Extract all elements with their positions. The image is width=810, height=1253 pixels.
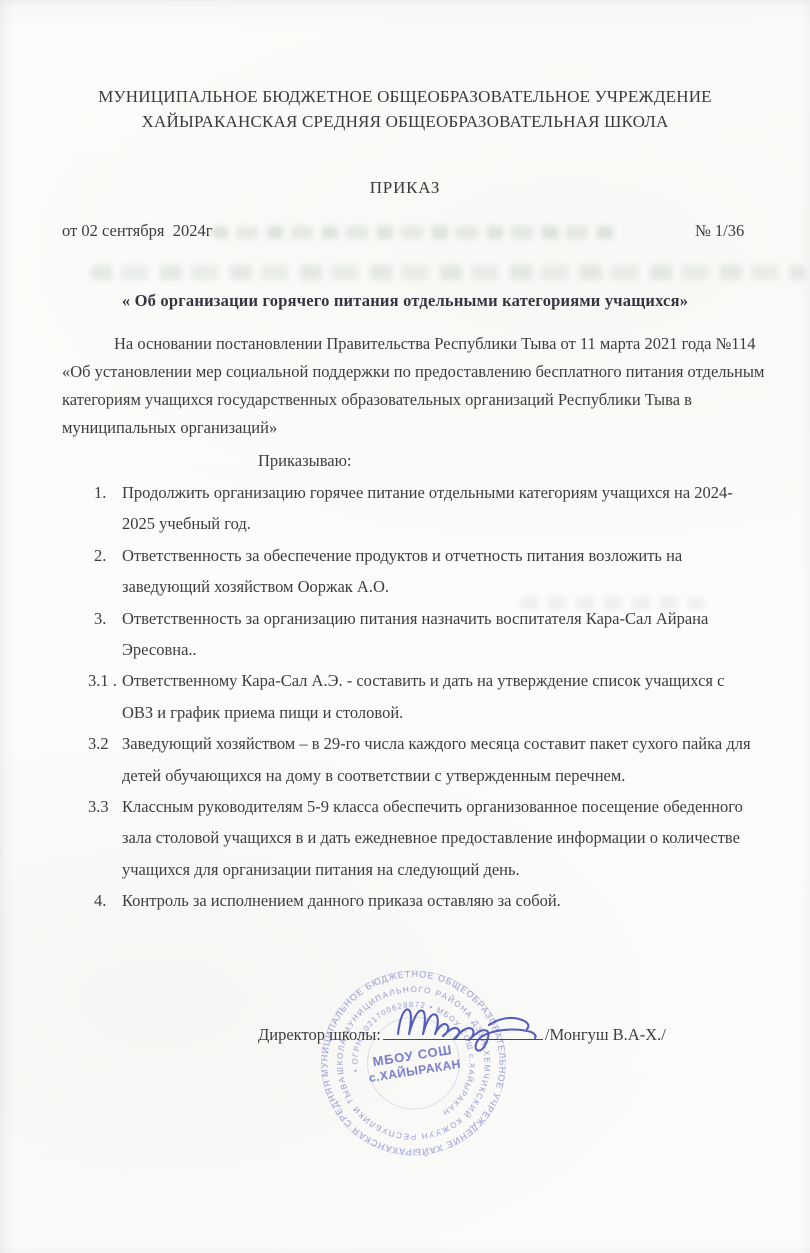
list-item: 3.2 Заведующий хозяйством – в 29-го числ… xyxy=(88,728,758,791)
item-text: Классным руководителям 5-9 класса обеспе… xyxy=(122,791,758,885)
item-number: 3.2 xyxy=(88,728,122,759)
item-text: Контроль за исполнением данного приказа … xyxy=(122,885,758,916)
bleedthrough-artifact xyxy=(212,226,617,239)
signature-label: Директор школы: xyxy=(258,1025,381,1045)
item-number: 3. xyxy=(88,603,122,634)
doc-date: от 02 сентября 2024г xyxy=(62,221,213,241)
item-text: Ответственному Кара-Сал А.Э. - составить… xyxy=(122,665,758,728)
handwritten-signature xyxy=(388,992,573,1054)
bleedthrough-artifact xyxy=(90,265,806,280)
list-item: 4. Контроль за исполнением данного прика… xyxy=(88,885,758,916)
school-round-stamp: МУНИЦИПАЛЬНОЕ БЮДЖЕТНОЕ ОБЩЕОБРАЗОВАТЕЛЬ… xyxy=(291,947,537,1184)
item-number: 1. xyxy=(88,477,122,508)
item-text: Продолжить организацию горячее питание о… xyxy=(122,477,758,540)
doc-type-title: ПРИКАЗ xyxy=(0,178,810,198)
scanned-order-page: МУНИЦИПАЛЬНОЕ БЮДЖЕТНОЕ ОБЩЕОБРАЗОВАТЕЛЬ… xyxy=(0,0,810,1253)
order-list: 1. Продолжить организацию горячее питани… xyxy=(88,477,758,917)
resolution-word: Приказываю: xyxy=(258,451,352,471)
doc-number: № 1/36 xyxy=(695,221,744,241)
subject-heading: « Об организации горячего питания отдель… xyxy=(0,291,810,311)
item-number: 3.1 . xyxy=(88,665,122,696)
list-item: 3. Ответственность за организацию питани… xyxy=(88,603,758,666)
list-item: 3.3 Классным руководителям 5-9 класса об… xyxy=(88,791,758,885)
item-number: 3.3 xyxy=(88,791,122,822)
list-item: 1. Продолжить организацию горячее питани… xyxy=(88,477,758,540)
org-header: МУНИЦИПАЛЬНОЕ БЮДЖЕТНОЕ ОБЩЕОБРАЗОВАТЕЛЬ… xyxy=(0,84,810,134)
org-name-line2: ХАЙЫРАКАНСКАЯ СРЕДНЯЯ ОБЩЕОБРАЗОВАТЕЛЬНА… xyxy=(0,109,810,134)
item-number: 4. xyxy=(88,885,122,916)
preamble-paragraph: На основании постановлении Правительства… xyxy=(62,330,774,442)
item-text: Ответственность за обеспечение продуктов… xyxy=(122,540,758,603)
org-name-line1: МУНИЦИПАЛЬНОЕ БЮДЖЕТНОЕ ОБЩЕОБРАЗОВАТЕЛЬ… xyxy=(0,84,810,109)
item-text: Заведующий хозяйством – в 29-го числа ка… xyxy=(122,728,758,791)
item-number: 2. xyxy=(88,540,122,571)
item-text: Ответственность за организацию питания н… xyxy=(122,603,758,666)
list-item: 3.1 . Ответственному Кара-Сал А.Э. - сос… xyxy=(88,665,758,728)
list-item: 2. Ответственность за обеспечение продук… xyxy=(88,540,758,603)
